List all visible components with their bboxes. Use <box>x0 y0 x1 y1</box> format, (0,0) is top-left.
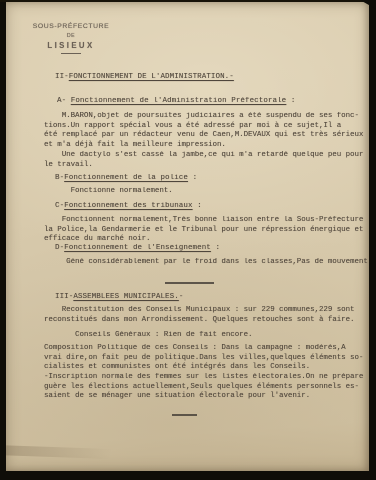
paragraph-baron: M.BARON,objet de poursuites judiciaires … <box>44 112 372 150</box>
subsection-heading-d: D-Fonctionnement de l'Enseignement : <box>55 244 373 254</box>
paragraph-composition-politique: Composition Politique de ces Conseils : … <box>44 344 372 373</box>
paragraph-tribunaux: Fonctionnent normalement,Très bonne liai… <box>44 216 372 245</box>
subsection-title: Fonctionnement de l'Enseignement <box>64 244 211 252</box>
stamp-line-3: LISIEUX <box>28 41 114 50</box>
end-divider <box>172 414 197 416</box>
subsection-heading-a: A- Fonctionnement de l'Administration Pr… <box>57 97 375 107</box>
subsection-label: D- <box>55 244 64 252</box>
section-divider <box>165 282 214 284</box>
stamp-line-1: SOUS-PRÉFECTURE <box>28 23 114 30</box>
paragraph-police: Fonctionne normalement. <box>44 187 372 197</box>
paragraph-enseignement: Géné considérablement par le froid dans … <box>44 258 372 268</box>
subsection-heading-c: C-Fonctionnement des tribunaux : <box>55 202 373 212</box>
sous-prefecture-stamp: SOUS-PRÉFECTURE DE LISIEUX <box>28 23 114 54</box>
stamp-rule <box>61 53 81 54</box>
subsection-title: Fonctionnement de la police <box>64 174 188 182</box>
section-heading-assemblees: III-ASSEMBLEES MUNICIPALES.- <box>55 293 373 303</box>
paragraph-reconstitution: Reconstitution des Conseils Municipaux :… <box>44 306 372 325</box>
subsection-colon: : <box>193 202 202 210</box>
paragraph-dactylo: Une dactylo s'est cassé la jambe,ce qui … <box>44 151 372 170</box>
paragraph-conseils-generaux: Conseils Généraux : Rien de fait encore. <box>44 331 372 341</box>
subsection-colon: : <box>211 244 220 252</box>
subsection-title: Fonctionnement de l'Administration Préfe… <box>71 97 287 105</box>
subsection-label: C- <box>55 202 64 210</box>
section-title: ASSEMBLEES MUNICIPALES. <box>73 293 178 301</box>
section-title: FONCTIONNEMENT DE L'ADMINISTRATION.- <box>69 73 234 81</box>
scan-corner-notch <box>360 0 376 9</box>
stamp-line-2: DE <box>28 33 114 39</box>
section-title-tail: - <box>179 293 184 301</box>
section-heading-administration: II-FONCTIONNEMENT DE L'ADMINISTRATION.- <box>55 73 373 83</box>
subsection-title: Fonctionnement des tribunaux <box>64 202 192 210</box>
subsection-label: B- <box>55 174 64 182</box>
section-number: II- <box>55 73 69 81</box>
subsection-colon: : <box>286 97 295 105</box>
subsection-heading-b: B-Fonctionnement de la police : <box>55 174 373 184</box>
paragraph-inscription-femmes: -Inscription normale des femmes sur les … <box>44 373 372 402</box>
subsection-colon: : <box>188 174 197 182</box>
subsection-label: A- <box>57 97 71 105</box>
section-number: III- <box>55 293 73 301</box>
scan-edge <box>0 0 376 2</box>
